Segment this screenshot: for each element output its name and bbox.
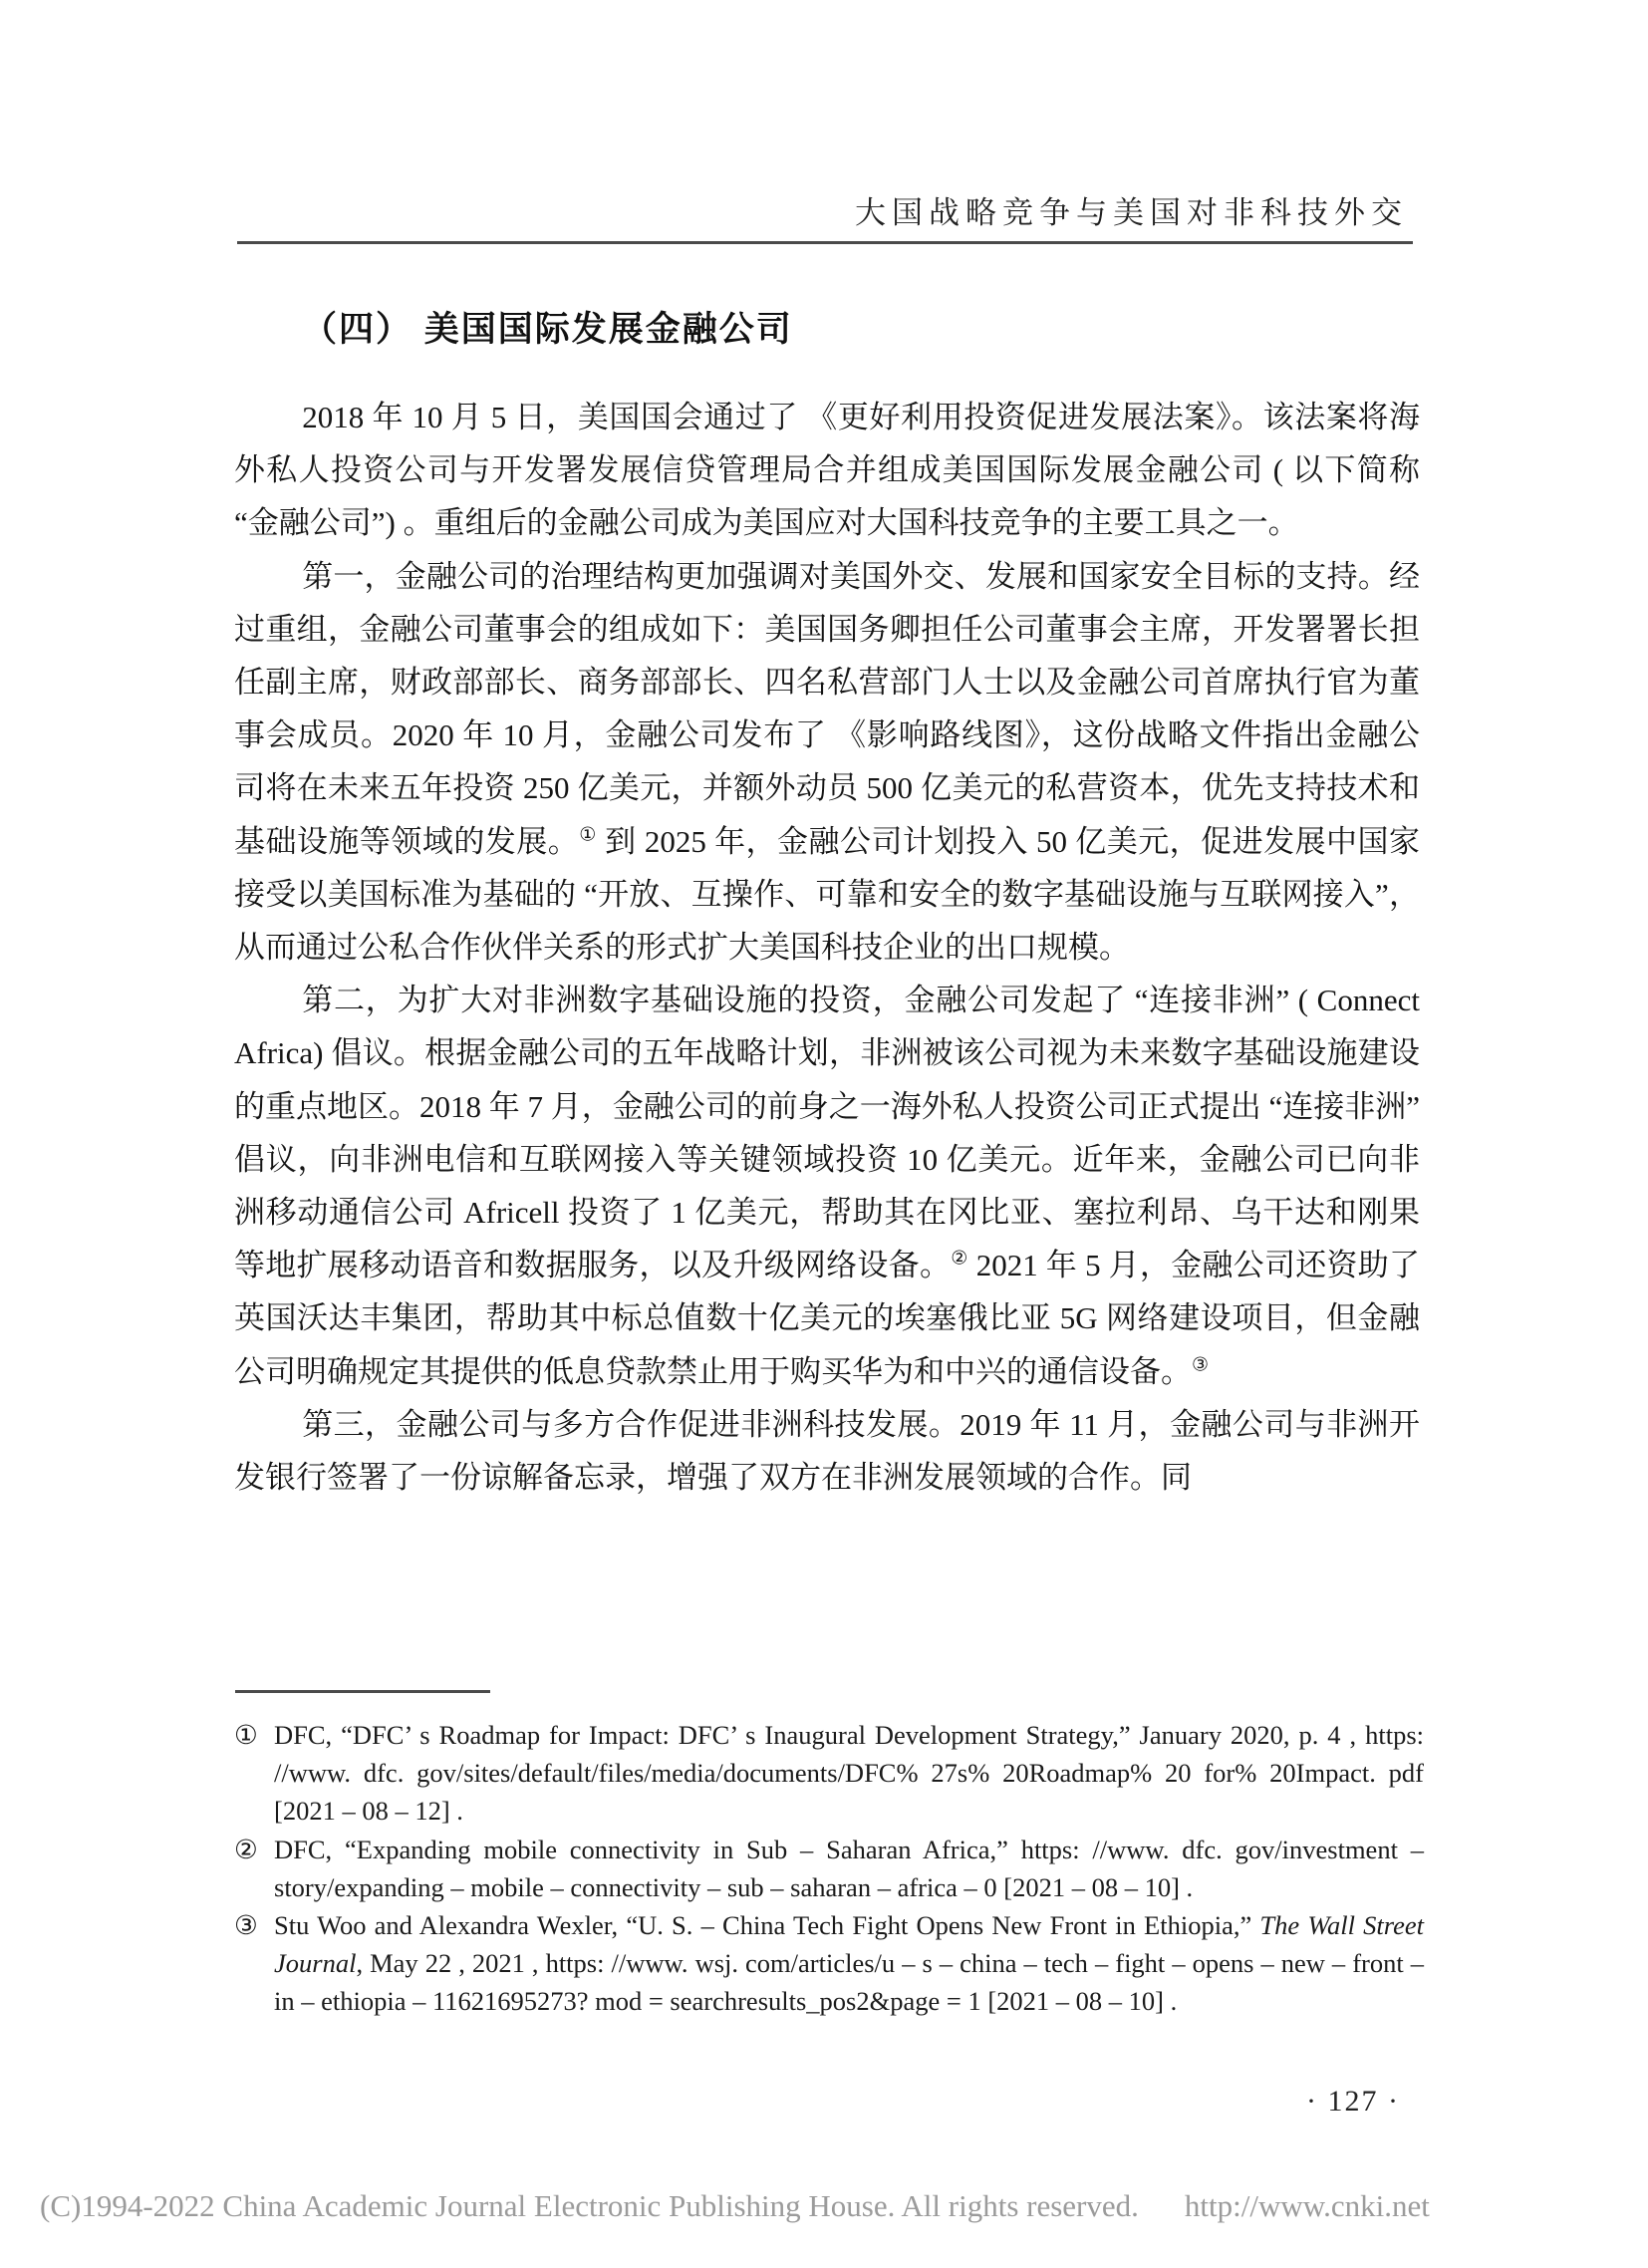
paragraph-2: 第一，金融公司的治理结构更加强调对美国外交、发展和国家安全目标的支持。经过重组，… xyxy=(234,550,1420,975)
footnote-3-text: Stu Woo and Alexandra Wexler, “U. S. – C… xyxy=(274,1906,1424,2021)
footnote-separator xyxy=(235,1690,490,1693)
footnote-2-marker: ② xyxy=(234,1831,274,1868)
footnote-1: ① DFC, “DFC’ s Roadmap for Impact: DFC’ … xyxy=(234,1716,1424,1831)
section-heading: （四） 美国国际发展金融公司 xyxy=(234,302,1488,352)
footnote-3-marker: ③ xyxy=(234,1906,274,1944)
footnote-2-text: DFC, “Expanding mobile connectivity in S… xyxy=(274,1831,1424,1906)
footnote-1-text: DFC, “DFC’ s Roadmap for Impact: DFC’ s … xyxy=(274,1716,1424,1831)
paragraph-4: 第三，金融公司与多方合作促进非洲科技发展。2019 年 11 月，金融公司与非洲… xyxy=(234,1398,1420,1504)
copyright-text: (C)1994-2022 China Academic Journal Elec… xyxy=(40,2188,1139,2223)
page: { "header": { "journal_title": "大国战略竞争与美… xyxy=(0,0,1648,2268)
copyright-footer: (C)1994-2022 China Academic Journal Elec… xyxy=(40,2188,1614,2224)
paragraph-3: 第二，为扩大对非洲数字基础设施的投资，金融公司发起了 “连接非洲” ( Conn… xyxy=(234,974,1420,1398)
footnote-3: ③ Stu Woo and Alexandra Wexler, “U. S. –… xyxy=(234,1906,1424,2021)
footnote-1-marker: ① xyxy=(234,1716,274,1754)
article-body: 2018 年 10 月 5 日，美国国会通过了 《更好利用投资促进发展法案》。该… xyxy=(234,391,1420,1504)
footnote-2: ② DFC, “Expanding mobile connectivity in… xyxy=(234,1831,1424,1906)
footer-url: http://www.cnki.net xyxy=(1185,2188,1430,2223)
running-header-title: 大国战略竞争与美国对非科技外交 xyxy=(234,187,1408,232)
page-number: · 127 · xyxy=(234,2085,1400,2119)
paragraph-1: 2018 年 10 月 5 日，美国国会通过了 《更好利用投资促进发展法案》。该… xyxy=(234,391,1420,550)
footnotes: ① DFC, “DFC’ s Roadmap for Impact: DFC’ … xyxy=(234,1716,1424,2021)
header-rule xyxy=(237,241,1413,244)
